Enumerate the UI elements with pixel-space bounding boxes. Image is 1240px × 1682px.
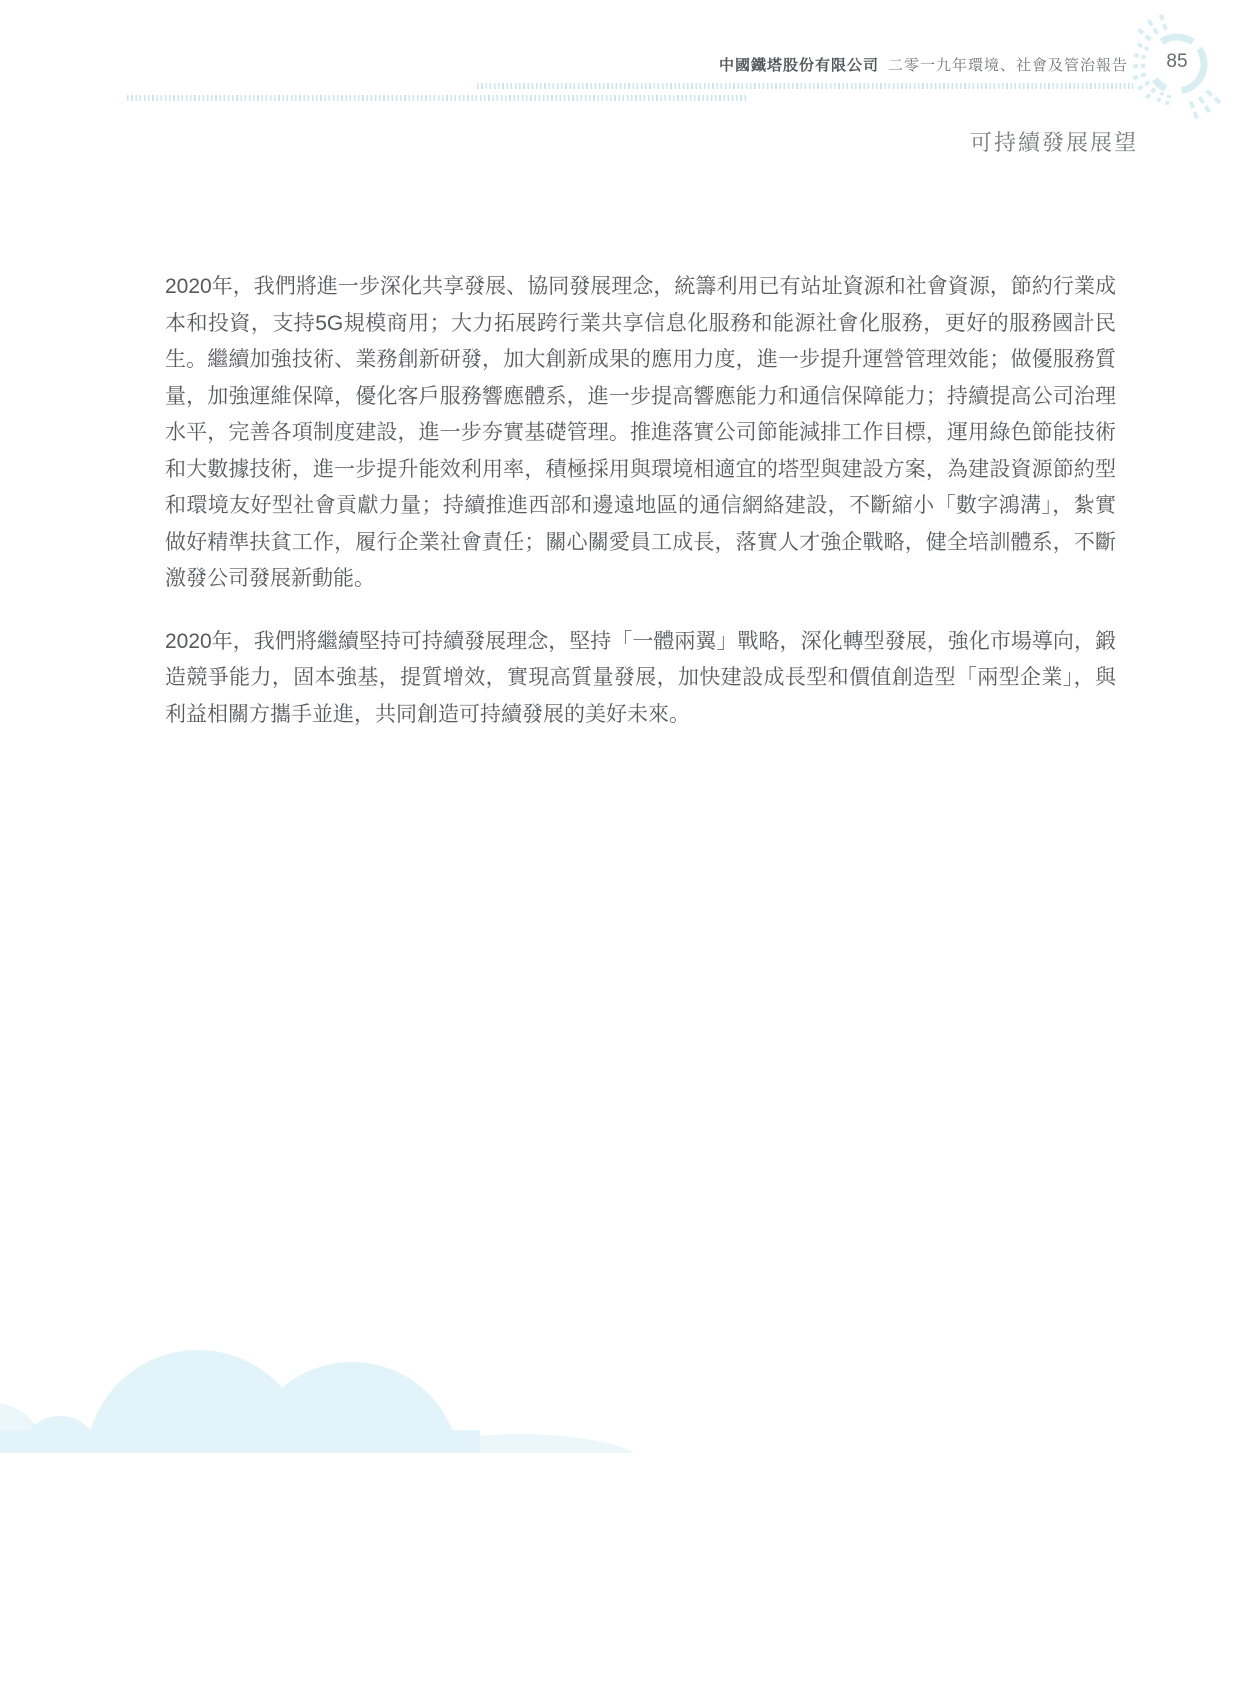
paragraph-outlook-1: 2020年，我們將進一步深化共享發展、協同發展理念，統籌利用已有站址資源和社會資… — [165, 269, 1116, 598]
section-title: 可持續發展展望 — [970, 126, 1138, 157]
header-dotted-rule-top — [477, 83, 1133, 89]
header-report-title: 二零一九年環境、社會及管治報告 — [888, 54, 1128, 75]
page-number: 85 — [1157, 51, 1197, 73]
paragraph-outlook-2: 2020年，我們將繼續堅持可持續發展理念，堅持「一體兩翼」戰略，深化轉型發展，強… — [165, 624, 1116, 734]
report-page: 中國鐵塔股份有限公司 二零一九年環境、社會及管治報告 — [0, 0, 1240, 1682]
body-text: 2020年，我們將進一步深化共享發展、協同發展理念，統籌利用已有站址資源和社會資… — [165, 269, 1116, 733]
page-header: 中國鐵塔股份有限公司 二零一九年環境、社會及管治報告 — [719, 54, 1128, 75]
cloud-decoration-icon — [0, 1290, 660, 1453]
header-dotted-rule-bottom — [127, 95, 746, 101]
header-company-name: 中國鐵塔股份有限公司 — [719, 54, 879, 75]
